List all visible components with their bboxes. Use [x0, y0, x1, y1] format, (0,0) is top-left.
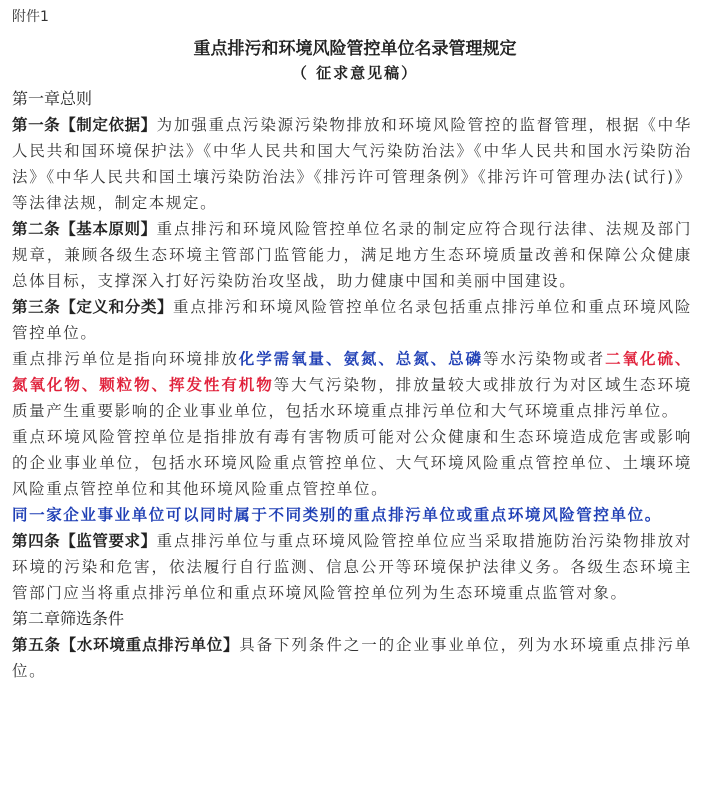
- document-subtitle: （ 征求意见稿）: [0, 62, 710, 83]
- definition-paragraph-multiple-categories: 同一家企业事业单位可以同时属于不同类别的重点排污单位或重点环境风险管控单位。: [12, 502, 692, 528]
- definition-paragraph-pollutant-units: 重点排污单位是指向环境排放化学需氧量、氨氮、总氮、总磷等水污染物或者二氧化硫、氮…: [12, 346, 692, 424]
- document-body: 第一章总则 第一条【制定依据】为加强重点污染源污染物排放和环境风险管控的监督管理…: [12, 86, 692, 684]
- article-2: 第二条【基本原则】重点排污和环境风险管控单位名录的制定应符合现行法律、法规及部门…: [12, 216, 692, 294]
- article-1: 第一条【制定依据】为加强重点污染源污染物排放和环境风险管控的监督管理，根据《中华…: [12, 112, 692, 216]
- article-3: 第三条【定义和分类】重点排污和环境风险管控单位名录包括重点排污单位和重点环境风险…: [12, 294, 692, 346]
- attachment-label: 附件1: [12, 6, 49, 26]
- definition-paragraph-risk-units: 重点环境风险管控单位是指排放有毒有害物质可能对公众健康和生态环境造成危害或影响的…: [12, 424, 692, 502]
- article-label: 第三条【定义和分类】: [12, 298, 173, 316]
- article-label: 第五条【水环境重点排污单位】: [12, 636, 239, 654]
- article-label: 第四条【监管要求】: [12, 532, 157, 550]
- article-5: 第五条【水环境重点排污单位】具备下列条件之一的企业事业单位，列为水环境重点排污单…: [12, 632, 692, 684]
- document-title: 重点排污和环境风险管控单位名录管理规定: [0, 34, 710, 59]
- article-label: 第一条【制定依据】: [12, 116, 157, 134]
- article-label: 第二条【基本原则】: [12, 220, 157, 238]
- segment-text: 重点排污单位是指向环境排放: [12, 350, 239, 368]
- segment-text: 等水污染物或者: [483, 350, 605, 368]
- water-pollutants-highlight: 化学需氧量、氨氮、总氮、总磷: [239, 350, 483, 368]
- article-4: 第四条【监管要求】重点排污单位与重点环境风险管控单位应当采取措施防治污染物排放对…: [12, 528, 692, 606]
- chapter-heading-1: 第一章总则: [12, 86, 692, 112]
- chapter-heading-2: 第二章筛选条件: [12, 606, 692, 632]
